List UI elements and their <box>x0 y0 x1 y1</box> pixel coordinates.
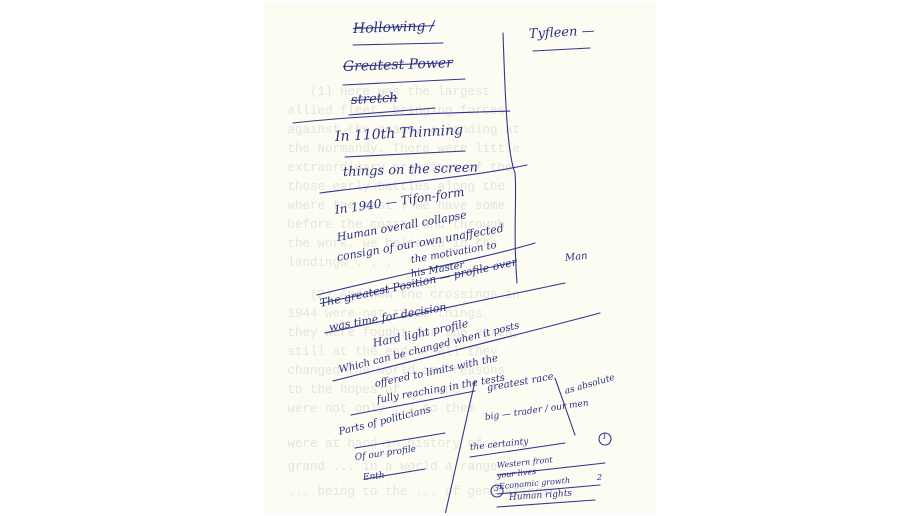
handwritten-line: Hollowing / <box>353 18 435 37</box>
handwritten-line: stretch <box>351 91 398 108</box>
typed-show-through: (1) Here was the largest allied fleet, b… <box>265 3 655 513</box>
handwritten-line: Man <box>564 251 588 264</box>
typed-line: the Normandy. There were little <box>265 140 520 160</box>
manuscript-page: (1) Here was the largest allied fleet, b… <box>265 3 655 513</box>
circled-marker: 3 <box>494 484 499 493</box>
circled-marker: 1 <box>602 432 607 441</box>
typed-line: were not only ... to them <box>265 400 475 420</box>
typed-line: those early battles along the <box>265 178 505 198</box>
circled-marker: 2 <box>597 473 602 482</box>
